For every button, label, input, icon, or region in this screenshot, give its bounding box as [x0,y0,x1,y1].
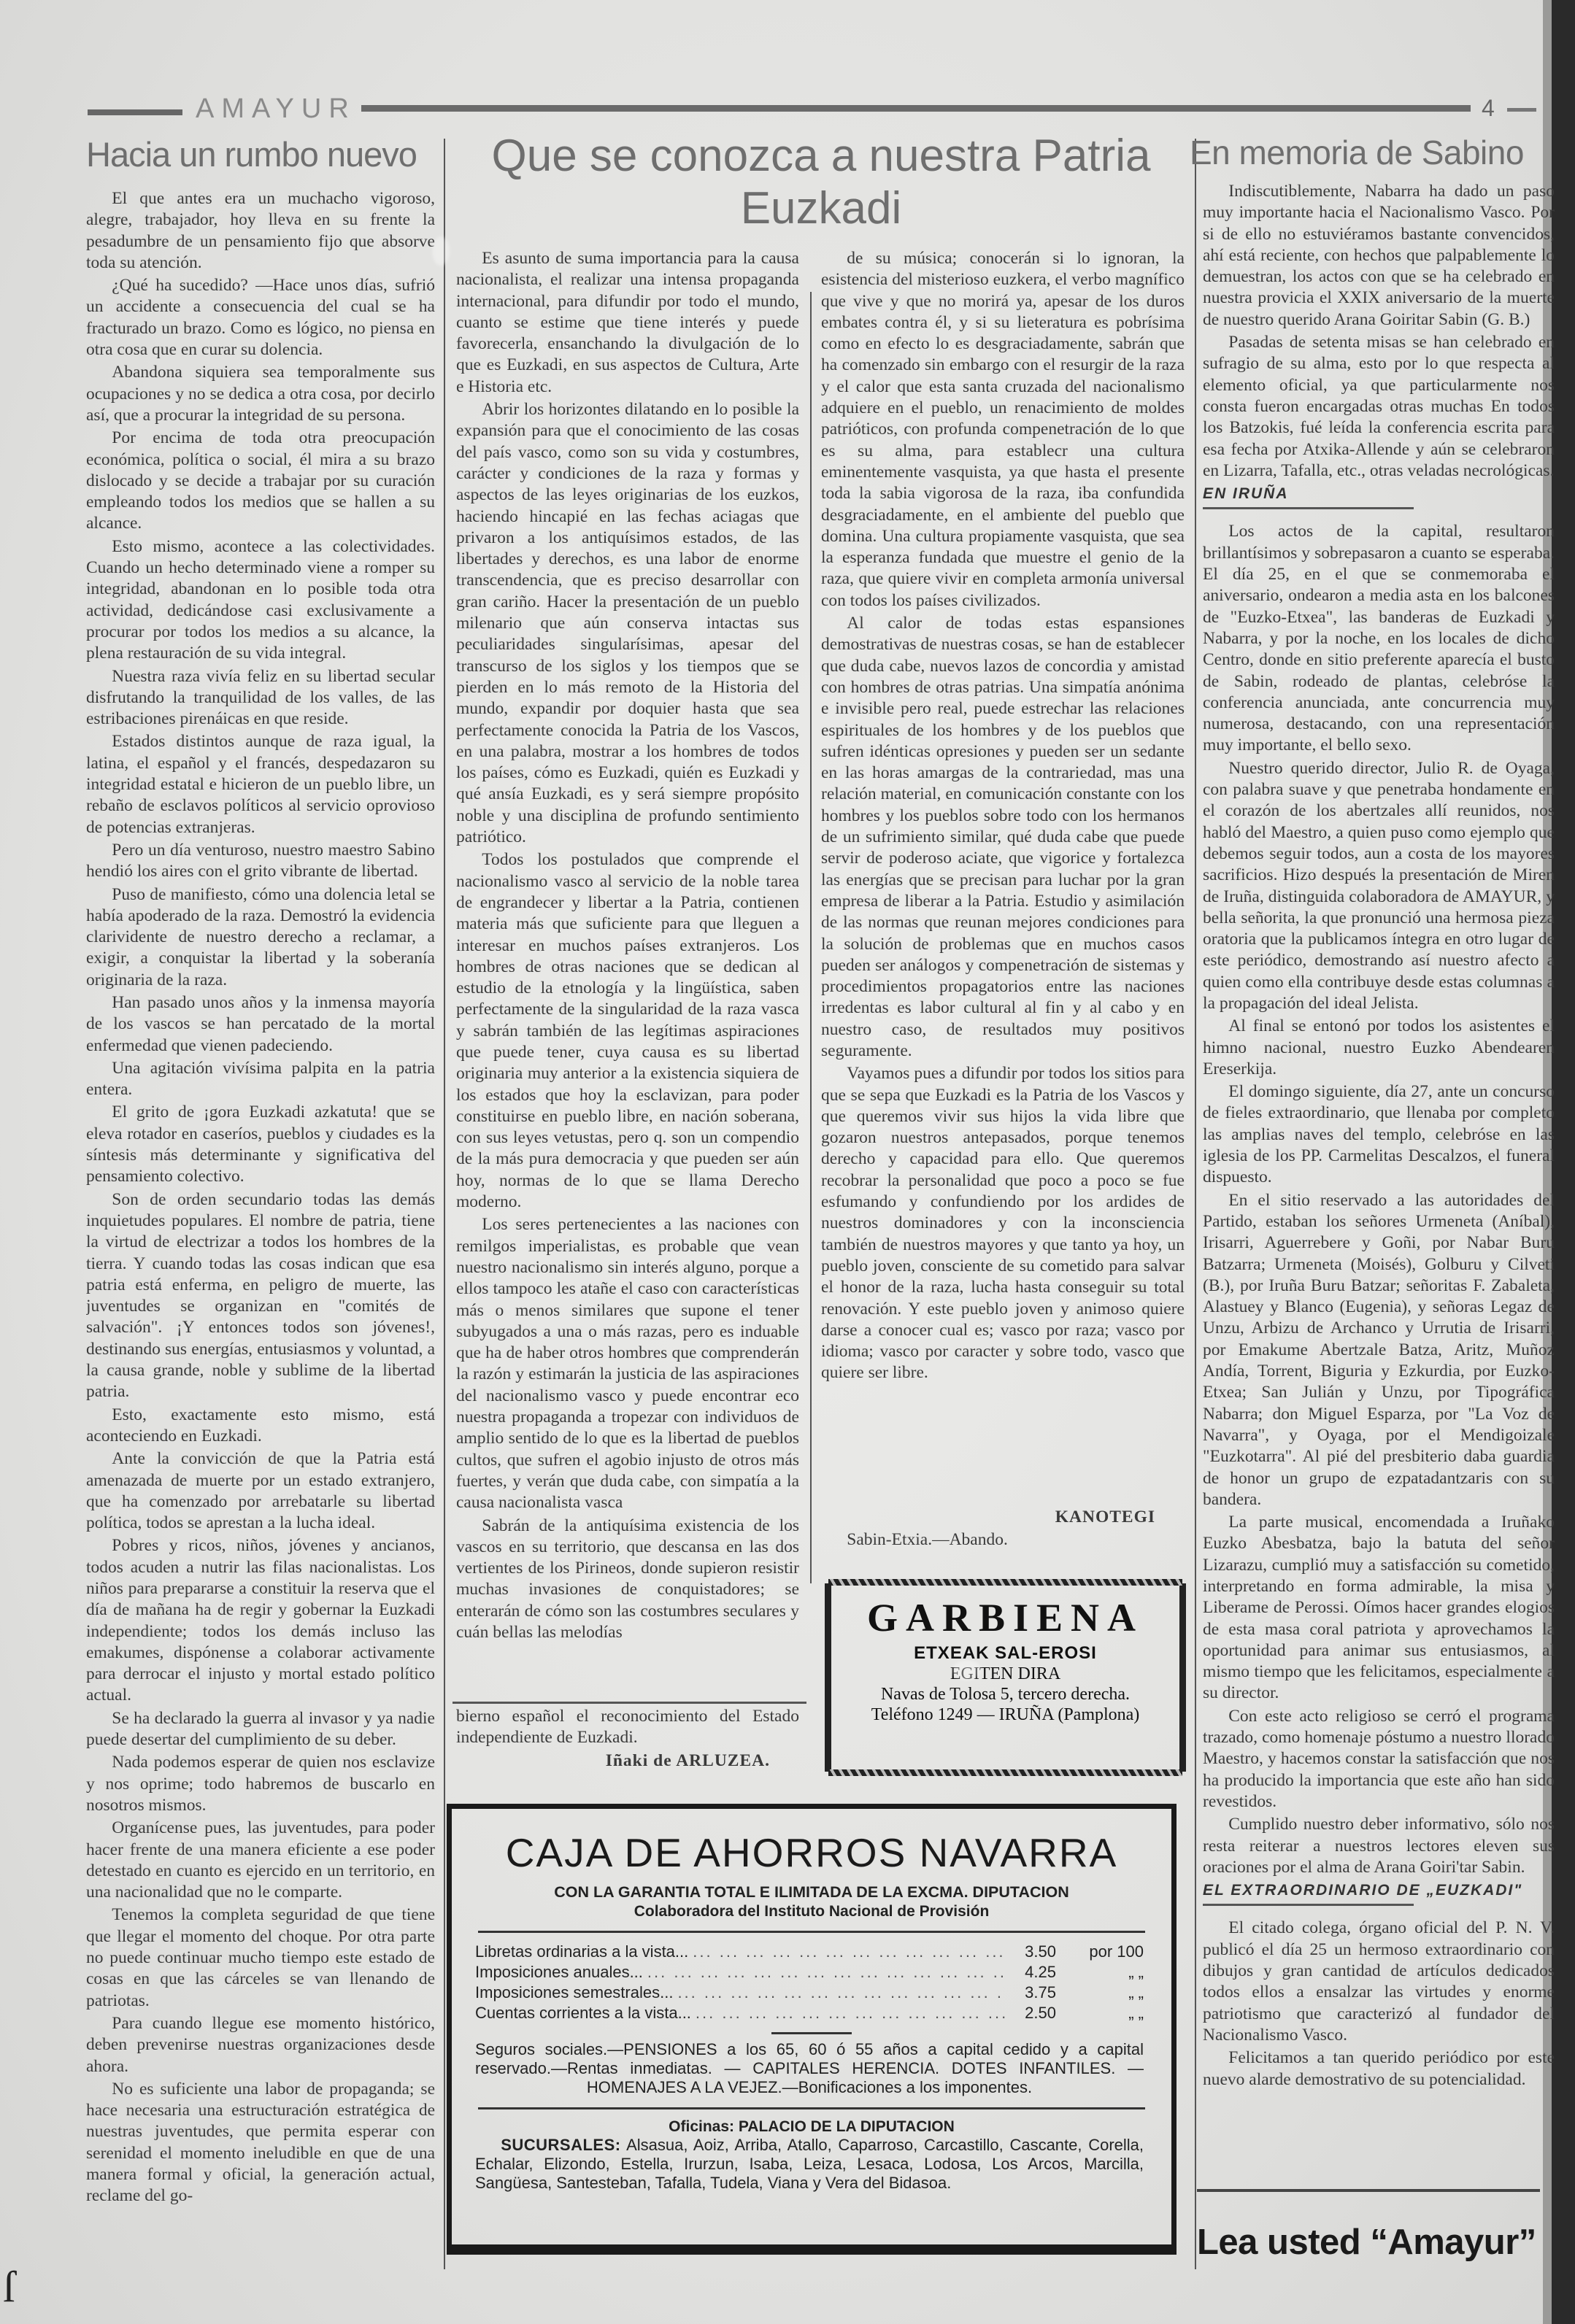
paragraph: de su música; conocerán si lo ignoran, l… [821,248,1185,611]
scan-artifact [952,1660,982,1680]
ad-caja-title: CAJA DE AHORROS NAVARRA [452,1829,1171,1876]
rate-unit: „ „ [1056,2003,1144,2023]
masthead: AMAYUR 4 [88,93,1511,123]
section-rule [1203,507,1414,509]
article-center-body-col2: de su música; conocerán si lo ignoran, l… [821,248,1185,1503]
author-signature: Iñaki de ARLUZEA. [456,1750,799,1772]
scan-artifact [432,236,450,266]
rate-label: Imposiciones semestrales... [475,1983,673,2003]
rate-row: Imposiciones semestrales...... ... ... .… [452,1983,1171,2003]
section-subhead: EN IRUÑA [1203,483,1555,504]
author-signature: KANOTEGI [821,1507,1185,1528]
paragraph: Los actos de la capital, resultaron bril… [1203,521,1555,756]
paragraph: Son de orden secundario todas las demás … [86,1189,435,1403]
continuation-text: bierno español el reconocimiento del Est… [456,1706,799,1749]
rate-row: Cuentas corrientes a la vista...... ... … [452,2003,1171,2023]
ad-garbiena-subtitle: ETXEAK SAL-EROSI [831,1643,1179,1664]
paragraph: Pasadas de setenta misas se han celebrad… [1203,332,1555,482]
paragraph: Tenemos la completa seguridad de que tie… [86,1904,435,2011]
paragraph: Felicitamos a tan querido periódico por … [1203,2047,1555,2091]
slogan-rule [1197,2189,1540,2192]
paragraph: Al final se entonó por todos los asisten… [1203,1016,1555,1080]
paragraph: El domingo siguiente, día 27, ante un co… [1203,1081,1555,1188]
section-rule [1203,1904,1414,1906]
paragraph: Por encima de toda otra preocupación eco… [86,428,435,534]
ad-caja-services: Seguros sociales.—PENSIONES a los 65, 60… [452,2040,1171,2097]
rate-unit: „ „ [1056,1983,1144,2003]
leader-dots: ... ... ... ... ... ... ... ... ... ... … [673,1983,1005,2003]
slogan: Lea usted “Amayur” [1197,2222,1536,2263]
rate-label: Imposiciones anuales... [475,1962,643,1983]
paragraph: Se ha declarado la guerra al invasor y y… [86,1708,435,1751]
paragraph: Esto, exactamente esto mismo, está acont… [86,1405,435,1448]
rate-label: Libretas ordinarias a la vista... [475,1942,688,1962]
continuation-rule [453,1702,806,1704]
ad-caja-rates-table: Libretas ordinarias a la vista...... ...… [452,1942,1171,2023]
masthead-rule-left [88,109,182,115]
paragraph: En el sitio reservado a las autoridades … [1203,1190,1555,1510]
scan-edge-mark: ſ [3,2262,15,2312]
ad-caja-rule [478,1931,1145,1933]
paragraph: Nada podemos esperar de quien nos esclav… [86,1752,435,1816]
column-divider [810,292,812,1583]
ad-caja-offices: Oficinas: PALACIO DE LA DIPUTACION [452,2118,1171,2136]
newspaper-page: AMAYUR 4 Hacia un rumbo nuevo Que se con… [0,0,1575,2324]
ad-garbiena-line: EGITEN DIRA [831,1664,1179,1684]
ad-caja-ahorros: CAJA DE AHORROS NAVARRA CON LA GARANTIA … [447,1804,1177,2255]
column-divider [444,139,445,2269]
paragraph: Organícense pues, las juventudes, para p… [86,1818,435,1903]
masthead-title: AMAYUR [196,93,356,125]
dateline: Sabin-Etxia.—Abando. [821,1529,1185,1551]
leader-dots: ... ... ... ... ... ... ... ... ... ... … [688,1942,1005,1962]
article-left-body: El que antes era un muchacho vigoroso, a… [86,188,435,2282]
paragraph: El grito de ¡gora Euzkadi azkatuta! que … [86,1102,435,1187]
ad-caja-subtitle: CON LA GARANTIA TOTAL E ILIMITADA DE LA … [452,1883,1171,1902]
paragraph: Abandona siquiera sea temporalmente sus … [86,362,435,426]
paragraph: Es asunto de suma importancia para la ca… [456,248,799,398]
section-subhead: EL EXTRAORDINARIO DE „EUZKADI" [1203,1880,1555,1901]
paragraph: Vayamos pues a difundir por todos los si… [821,1063,1185,1383]
headline-center: Que se conozca a nuestra Patria Euzkadi [456,130,1186,235]
rate-value: 4.25 [1005,1962,1056,1983]
paragraph: Pobres y ricos, niños, jóvenes y anciano… [86,1535,435,1706]
article-center-continuation: bierno español el reconocimiento del Est… [456,1706,799,1772]
rate-value: 3.50 [1005,1942,1056,1962]
paragraph: Esto mismo, acontece a las colectividade… [86,536,435,665]
ad-caja-subtitle2: Colaboradora del Instituto Nacional de P… [452,1903,1171,1920]
paragraph: Con este acto religioso se cerró el prog… [1203,1706,1555,1813]
paragraph: Ante la convicción de que la Patria está… [86,1448,435,1534]
paragraph: La parte musical, encomendada a Iruñako … [1203,1512,1555,1705]
paragraph: Abrir los horizontes dilatando en lo pos… [456,399,799,848]
leader-dots: ... ... ... ... ... ... ... ... ... ... … [691,2003,1005,2023]
rate-value: 2.50 [1005,2003,1056,2023]
paragraph: Cumplido nuestro deber informativo, sólo… [1203,1814,1555,1878]
leader-dots: ... ... ... ... ... ... ... ... ... ... … [643,1962,1005,1983]
masthead-rule-right [1507,108,1536,112]
rate-label: Cuentas corrientes a la vista... [475,2003,691,2023]
ad-garbiena-address: Navas de Tolosa 5, tercero derecha. Telé… [831,1684,1179,1725]
ad-garbiena-title: GARBIENA [831,1595,1179,1640]
rate-value: 3.75 [1005,1983,1056,2003]
paragraph: Nuestra raza vivía feliz en su libertad … [86,666,435,730]
paragraph: Sabrán de la antiquísima existencia de l… [456,1516,799,1644]
paragraph: Estados distintos aunque de raza igual, … [86,731,435,838]
paragraph: Una agitación vivísima palpita en la pat… [86,1058,435,1101]
rate-row: Libretas ordinarias a la vista...... ...… [452,1942,1171,1962]
paragraph: No es suficiente una labor de propaganda… [86,2079,435,2207]
branches-label: SUCURSALES: [501,2136,620,2154]
headline-right: En memoria de Sabino [1190,133,1562,172]
ad-garbiena: GARBIENA ETXEAK SAL-EROSI EGITEN DIRA Na… [825,1583,1186,1772]
paragraph: Para cuando llegue ese momento histórico… [86,2013,435,2077]
paragraph: Los seres pertenecientes a las naciones … [456,1214,799,1513]
column-divider [1195,139,1196,2269]
article-center-signoff: KANOTEGI Sabin-Etxia.—Abando. [821,1507,1185,1551]
paragraph: Al calor de todas estas espansiones demo… [821,613,1185,1062]
article-center-body-col1: Es asunto de suma importancia para la ca… [456,248,799,1678]
paragraph: Pero un día venturoso, nuestro maestro S… [86,840,435,883]
paragraph: Indiscutiblemente, Nabarra ha dado un pa… [1203,181,1555,331]
scan-border [1552,0,1575,2324]
paragraph: Han pasado unos años y la inmensa mayorí… [86,992,435,1057]
paragraph: Nuestro querido director, Julio R. de Oy… [1203,758,1555,1015]
article-right-body: Indiscutiblemente, Nabarra ha dado un pa… [1203,181,1555,2180]
ad-caja-short-rule [771,2032,852,2034]
rate-unit: „ „ [1056,1962,1144,1983]
paragraph: El citado colega, órgano oficial del P. … [1203,1918,1555,2046]
rate-row: Imposiciones anuales...... ... ... ... .… [452,1962,1171,1983]
ad-caja-rule [478,2107,1145,2109]
masthead-rule [361,105,1471,112]
paragraph: Puso de manifiesto, cómo una dolencia le… [86,884,435,991]
paragraph: El que antes era un muchacho vigoroso, a… [86,188,435,274]
paragraph: ¿Qué ha sucedido? —Hace unos días, sufri… [86,275,435,360]
rate-unit: por 100 [1056,1942,1144,1962]
page-number: 4 [1482,95,1495,122]
headline-left: Hacia un rumbo nuevo [86,134,436,174]
ad-caja-branches: SUCURSALES: Alsasua, Aoiz, Arriba, Atall… [452,2136,1171,2193]
paragraph: Todos los postulados que comprende el na… [456,849,799,1213]
